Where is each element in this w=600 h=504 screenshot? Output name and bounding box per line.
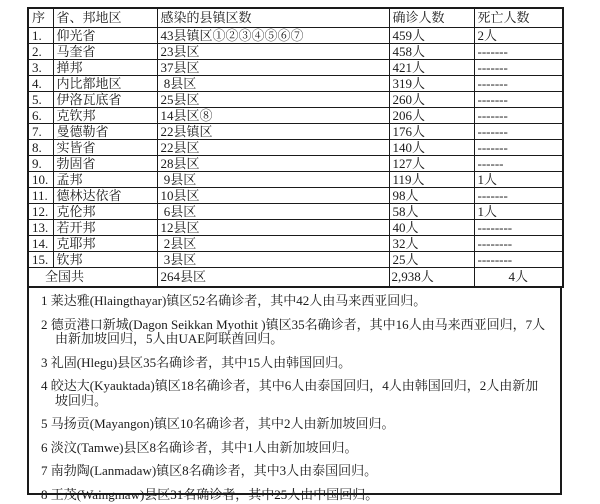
footnote-3: 3 礼固(Hlegu)县区35名确诊者，其中15人由韩国回归。 <box>41 356 550 371</box>
confirmed-cell: 119人 <box>389 171 474 187</box>
deaths-cell: ------ <box>474 155 563 171</box>
townships-cell: 22县镇区 <box>157 123 389 139</box>
footnote-8: 8 王茂(Waingmaw)县区31名确诊者，其中25人由中国回归。 <box>41 488 550 503</box>
table-row: 1. 仰光省 43县镇区①②③④⑤⑥⑦ 459人 2人 <box>28 27 563 43</box>
townships-cell: 9县区 <box>157 171 389 187</box>
confirmed-cell: 176人 <box>389 123 474 139</box>
footnote-5: 5 马扬贡(Mayangon)镇区10名确诊者，其中2人由新加坡回归。 <box>41 417 550 432</box>
province-cell: 孟邦 <box>53 171 157 187</box>
footnote-7: 7 南勃陶(Lanmadaw)镇区8名确诊者，其中3人由泰国回归。 <box>41 464 550 479</box>
deaths-cell: ------- <box>474 107 563 123</box>
townships-cell: 2县区 <box>157 235 389 251</box>
deaths-cell: -------- <box>474 219 563 235</box>
province-cell: 钦邦 <box>53 251 157 267</box>
province-cell: 若开邦 <box>53 219 157 235</box>
col-header-deaths: 死亡人数 <box>474 8 563 27</box>
deaths-cell: ------- <box>474 123 563 139</box>
confirmed-cell: 58人 <box>389 203 474 219</box>
cases-document: 序 省、邦地区 感染的县镇区数 确诊人数 死亡人数 1. 仰光省 43县镇区①②… <box>27 7 562 495</box>
seq-cell: 8. <box>28 139 53 155</box>
deaths-cell: ------- <box>474 187 563 203</box>
document-page: 序 省、邦地区 感染的县镇区数 确诊人数 死亡人数 1. 仰光省 43县镇区①②… <box>0 0 600 504</box>
townships-cell: 6县区 <box>157 203 389 219</box>
seq-cell: 10. <box>28 171 53 187</box>
col-header-province: 省、邦地区 <box>53 8 157 27</box>
province-cell: 掸邦 <box>53 59 157 75</box>
total-deaths-cell: 4人 <box>474 267 563 287</box>
col-header-confirmed: 确诊人数 <box>389 8 474 27</box>
table-row: 15. 钦邦 3县区 25人 -------- <box>28 251 563 267</box>
total-townships-cell: 264县区 <box>157 267 389 287</box>
footnotes-section: 1 莱达雅(Hlaingthayar)镇区52名确诊者，其中42人由马来西亚回归… <box>27 288 562 495</box>
confirmed-cell: 458人 <box>389 43 474 59</box>
confirmed-cell: 32人 <box>389 235 474 251</box>
townships-cell: 43县镇区①②③④⑤⑥⑦ <box>157 27 389 43</box>
townships-cell: 22县区 <box>157 139 389 155</box>
table-row: 13. 若开邦 12县区 40人 -------- <box>28 219 563 235</box>
total-row: 全国共 264县区 2,938人 4人 <box>28 267 563 287</box>
confirmed-cell: 319人 <box>389 75 474 91</box>
seq-cell: 6. <box>28 107 53 123</box>
province-cell: 德林达依省 <box>53 187 157 203</box>
footnote-4: 4 皎达大(Kyauktada)镇区18名确诊者，其中6人由泰国回归，4人由韩国… <box>41 379 550 408</box>
townships-cell: 23县区 <box>157 43 389 59</box>
cases-table: 序 省、邦地区 感染的县镇区数 确诊人数 死亡人数 1. 仰光省 43县镇区①②… <box>27 7 564 288</box>
province-cell: 实皆省 <box>53 139 157 155</box>
townships-cell: 10县区 <box>157 187 389 203</box>
table-row: 10. 孟邦 9县区 119人 1人 <box>28 171 563 187</box>
table-row: 7. 曼德勒省 22县镇区 176人 ------- <box>28 123 563 139</box>
seq-cell: 15. <box>28 251 53 267</box>
seq-cell: 11. <box>28 187 53 203</box>
total-confirmed-cell: 2,938人 <box>389 267 474 287</box>
seq-cell: 14. <box>28 235 53 251</box>
seq-cell: 12. <box>28 203 53 219</box>
province-cell: 勃固省 <box>53 155 157 171</box>
col-header-seq: 序 <box>28 8 53 27</box>
confirmed-cell: 98人 <box>389 187 474 203</box>
total-label-cell: 全国共 <box>28 267 157 287</box>
deaths-cell: ------- <box>474 59 563 75</box>
confirmed-cell: 260人 <box>389 91 474 107</box>
province-cell: 克伦邦 <box>53 203 157 219</box>
table-row: 2. 马奎省 23县区 458人 ------- <box>28 43 563 59</box>
deaths-cell: ------- <box>474 91 563 107</box>
townships-cell: 37县区 <box>157 59 389 75</box>
townships-cell: 25县区 <box>157 91 389 107</box>
confirmed-cell: 140人 <box>389 139 474 155</box>
header-row: 序 省、邦地区 感染的县镇区数 确诊人数 死亡人数 <box>28 8 563 27</box>
confirmed-cell: 127人 <box>389 155 474 171</box>
deaths-cell: ------- <box>474 139 563 155</box>
table-row: 14. 克耶邦 2县区 32人 -------- <box>28 235 563 251</box>
seq-cell: 1. <box>28 27 53 43</box>
deaths-cell: ------- <box>474 75 563 91</box>
deaths-cell: -------- <box>474 251 563 267</box>
seq-cell: 3. <box>28 59 53 75</box>
province-cell: 克钦邦 <box>53 107 157 123</box>
seq-cell: 13. <box>28 219 53 235</box>
footnote-6: 6 淡汶(Tamwe)县区8名确诊者，其中1人由新加坡回归。 <box>41 441 550 456</box>
col-header-townships: 感染的县镇区数 <box>157 8 389 27</box>
seq-cell: 9. <box>28 155 53 171</box>
table-row: 6. 克钦邦 14县区⑧ 206人 ------- <box>28 107 563 123</box>
townships-cell: 14县区⑧ <box>157 107 389 123</box>
footnote-2: 2 德贡港口新城(Dagon Seikkan Myothit )镇区35名确诊者… <box>41 318 550 347</box>
deaths-cell: 1人 <box>474 203 563 219</box>
townships-cell: 12县区 <box>157 219 389 235</box>
table-row: 12. 克伦邦 6县区 58人 1人 <box>28 203 563 219</box>
table-row: 11. 德林达依省 10县区 98人 ------- <box>28 187 563 203</box>
deaths-cell: -------- <box>474 235 563 251</box>
townships-cell: 28县区 <box>157 155 389 171</box>
seq-cell: 2. <box>28 43 53 59</box>
province-cell: 仰光省 <box>53 27 157 43</box>
table-row: 3. 掸邦 37县区 421人 ------- <box>28 59 563 75</box>
province-cell: 伊洛瓦底省 <box>53 91 157 107</box>
province-cell: 克耶邦 <box>53 235 157 251</box>
seq-cell: 4. <box>28 75 53 91</box>
province-cell: 马奎省 <box>53 43 157 59</box>
province-cell: 曼德勒省 <box>53 123 157 139</box>
seq-cell: 7. <box>28 123 53 139</box>
confirmed-cell: 421人 <box>389 59 474 75</box>
confirmed-cell: 206人 <box>389 107 474 123</box>
table-row: 9. 勃固省 28县区 127人 ------ <box>28 155 563 171</box>
townships-cell: 3县区 <box>157 251 389 267</box>
table-row: 4. 内比都地区 8县区 319人 ------- <box>28 75 563 91</box>
deaths-cell: 2人 <box>474 27 563 43</box>
deaths-cell: ------- <box>474 43 563 59</box>
confirmed-cell: 25人 <box>389 251 474 267</box>
footnote-1: 1 莱达雅(Hlaingthayar)镇区52名确诊者，其中42人由马来西亚回归… <box>41 294 550 309</box>
confirmed-cell: 459人 <box>389 27 474 43</box>
townships-cell: 8县区 <box>157 75 389 91</box>
deaths-cell: 1人 <box>474 171 563 187</box>
seq-cell: 5. <box>28 91 53 107</box>
province-cell: 内比都地区 <box>53 75 157 91</box>
table-row: 5. 伊洛瓦底省 25县区 260人 ------- <box>28 91 563 107</box>
confirmed-cell: 40人 <box>389 219 474 235</box>
table-row: 8. 实皆省 22县区 140人 ------- <box>28 139 563 155</box>
